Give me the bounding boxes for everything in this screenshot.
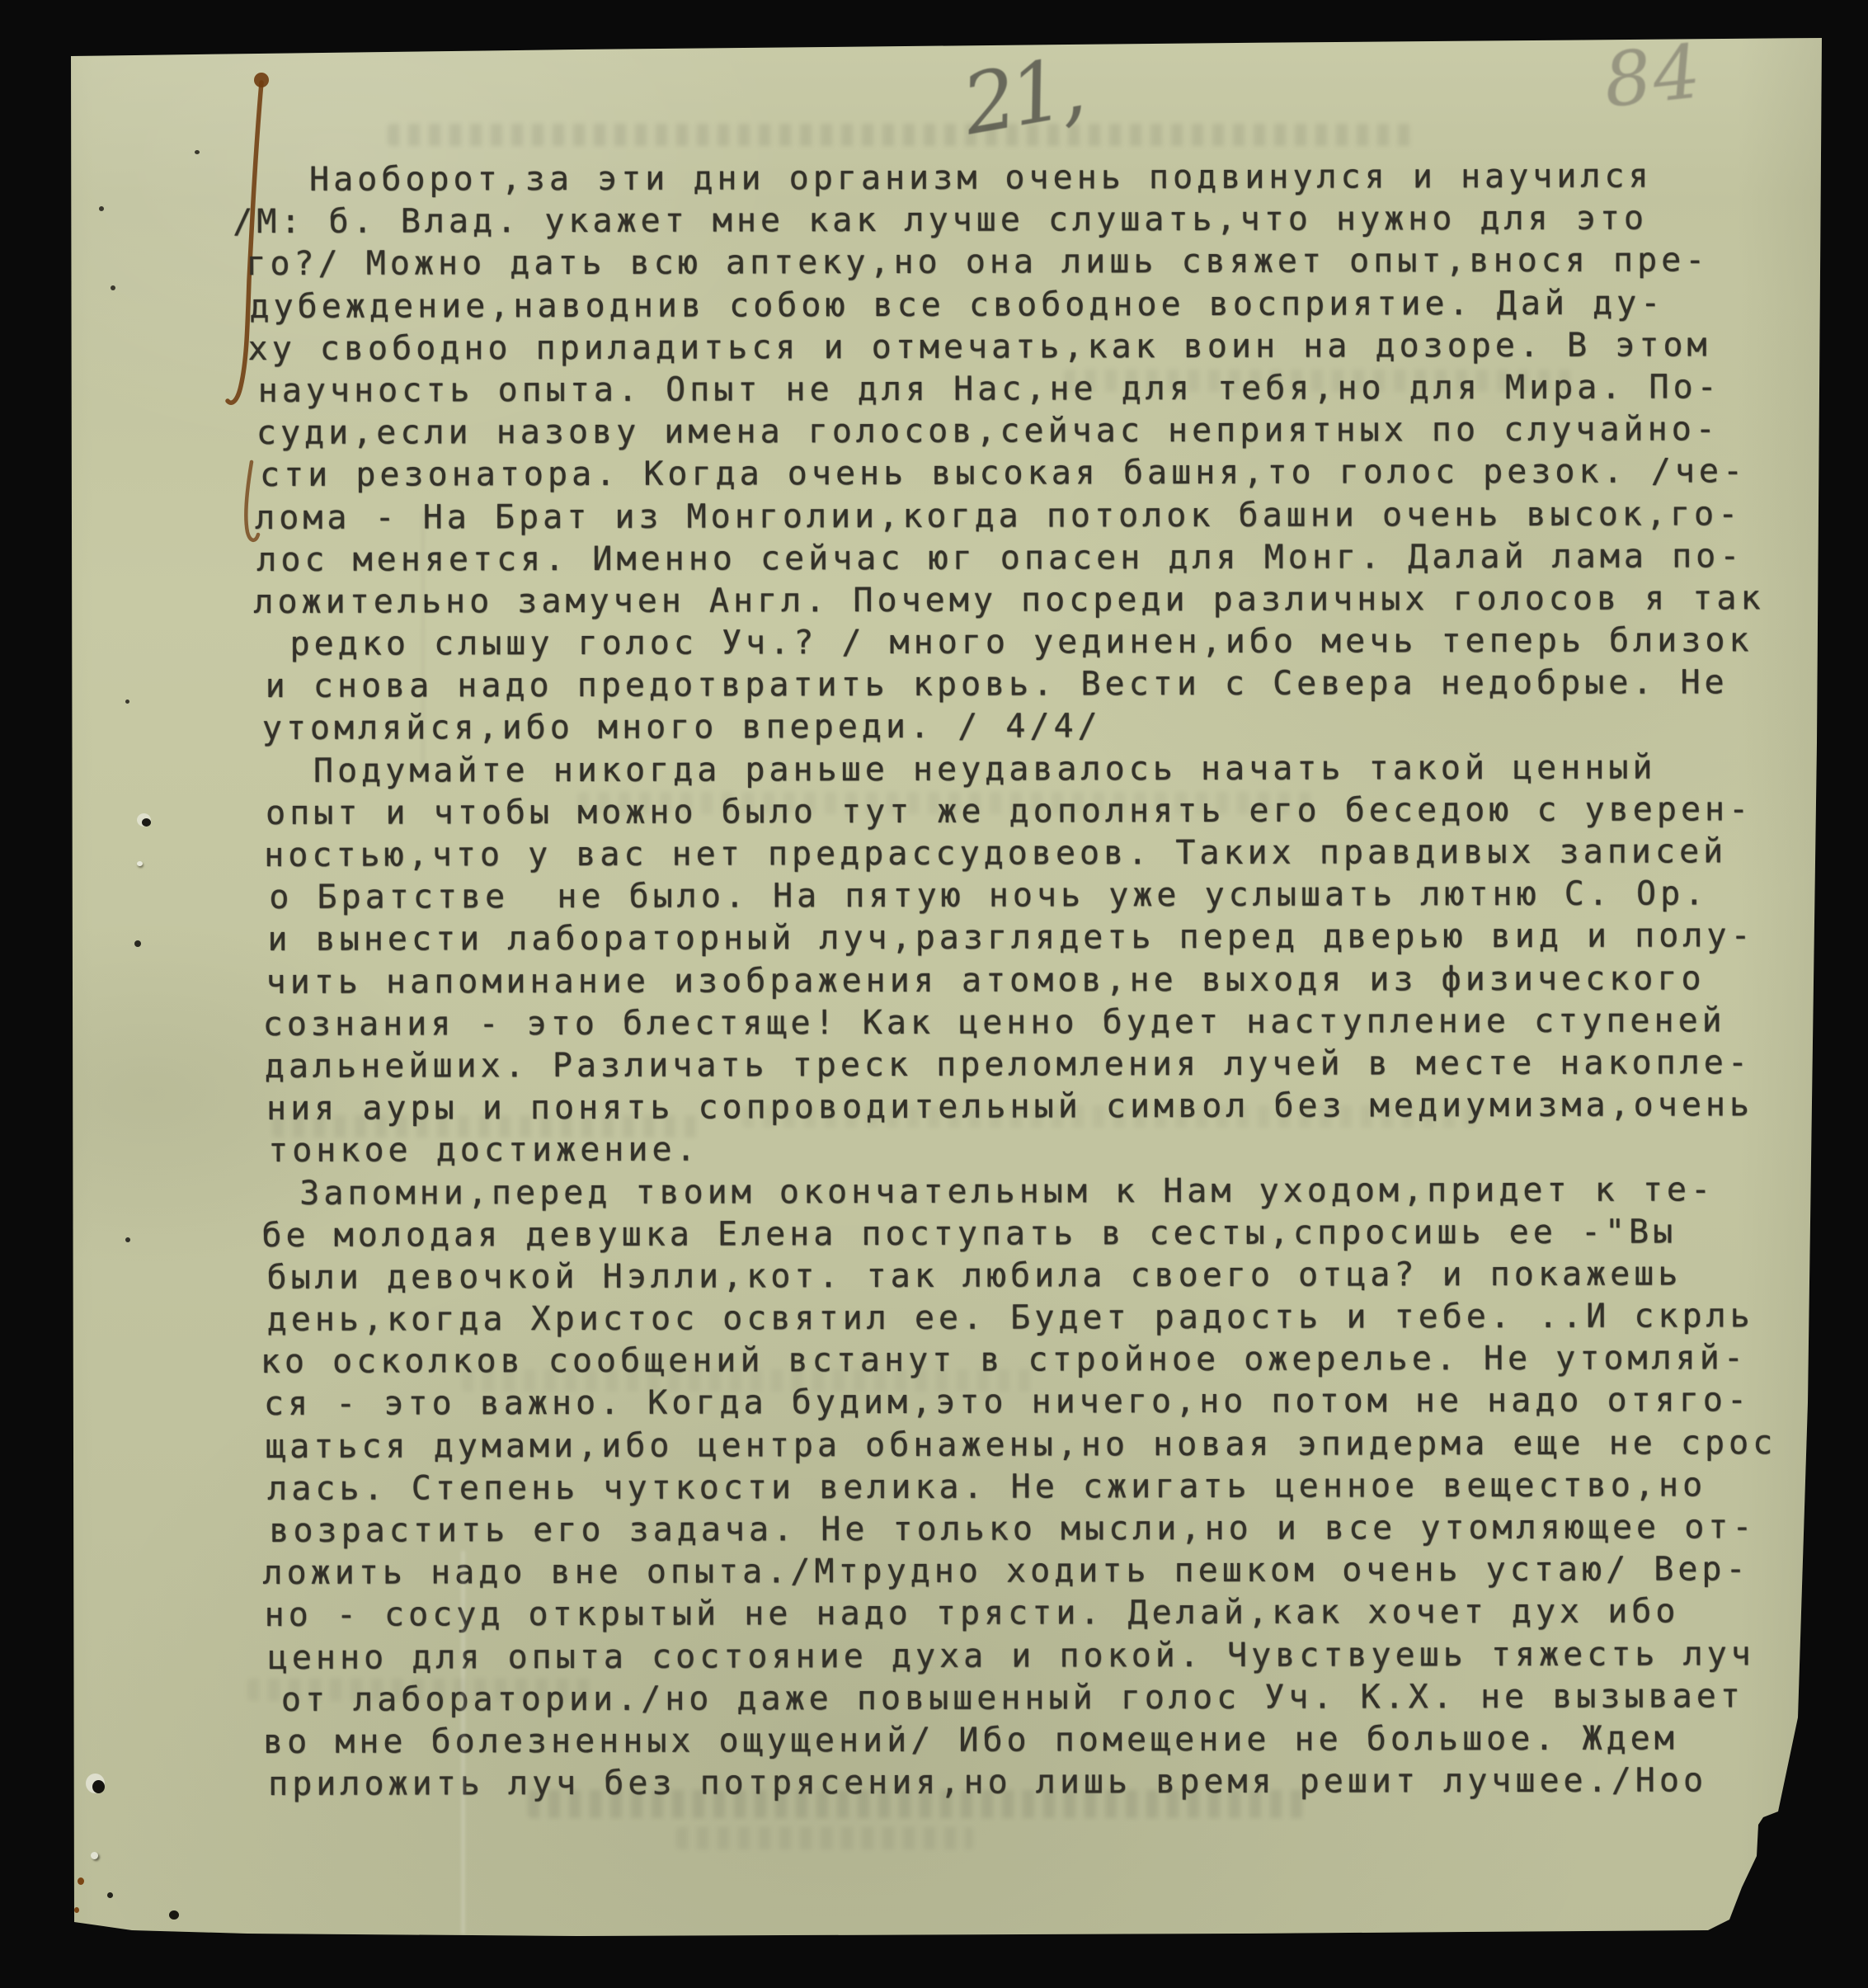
text-line: утомляйся,ибо много впереди. / 4/4/ xyxy=(262,704,1866,750)
text-line: от лаборатории./но даже повышенный голос… xyxy=(281,1675,1868,1722)
paper-speck xyxy=(142,818,151,827)
text-line: редко слышу голос Уч.? / много уединен,и… xyxy=(289,619,1865,666)
text-line: суди,если назову имена голосов,сейчас не… xyxy=(256,408,1865,455)
paper-speck xyxy=(91,1852,98,1859)
scan-frame: 21, 84 Наоборот,за эти дни организм очен… xyxy=(0,0,1868,1988)
text-line: /М: б. Влад. укажет мне как лучше слушат… xyxy=(233,197,1864,243)
text-line: дубеждение,наводнив собою все свободное … xyxy=(249,281,1864,327)
paper-speck xyxy=(137,861,143,866)
paper-speck xyxy=(125,1237,130,1242)
paper-speck xyxy=(111,285,115,290)
text-line: бе молодая девушка Елена поступать в сес… xyxy=(261,1211,1866,1257)
text-line: возрастить его задача. Не только мысли,н… xyxy=(269,1506,1867,1552)
text-line: научность опыта. Опыт не для Нас,не для … xyxy=(258,366,1865,412)
text-line: во мне болезненных ощущений/ Ибо помещен… xyxy=(263,1717,1868,1764)
text-line: ложить надо вне опыта./Мтрудно ходить пе… xyxy=(262,1548,1867,1595)
paper-speck xyxy=(134,940,141,947)
text-line: чить напоминание изображения атомов,не в… xyxy=(266,957,1866,1003)
text-line: Запомни,перед твоим окончательным к Нам … xyxy=(299,1168,1866,1214)
text-line: ко осколков сообщений встанут в стройное… xyxy=(261,1337,1867,1383)
text-line: день,когда Христос освятил ее. Будет рад… xyxy=(267,1295,1867,1341)
text-line: сти резонатора. Когда очень высокая башн… xyxy=(260,450,1865,497)
text-line: ся - это важно. Когда будим,это ничего,н… xyxy=(264,1379,1867,1425)
paper-speck xyxy=(169,1910,179,1920)
bleedthrough-smudge xyxy=(388,124,1419,146)
text-line: лос меняется. Именно сейчас юг опасен дл… xyxy=(256,535,1865,582)
text-line: дальнейших. Различать треск преломления … xyxy=(265,1042,1866,1088)
text-line: Подумайте никогда раньше неудавалось нач… xyxy=(313,747,1866,793)
paper-speck xyxy=(92,1780,105,1793)
text-line: о Братстве не было. На пятую ночь уже ус… xyxy=(269,873,1866,919)
text-line: ния ауры и понять сопроводительный симво… xyxy=(266,1084,1866,1130)
text-line: тонкое достижение. xyxy=(268,1126,1866,1172)
paper-speck xyxy=(99,206,104,211)
text-line: и снова надо предотвратить кровь. Вести … xyxy=(266,662,1866,708)
handwritten-page-number: 21, xyxy=(956,39,1087,154)
text-line: Наоборот,за эти дни организм очень подви… xyxy=(309,155,1864,201)
text-line: ложительно замучен Англ. Почему посреди … xyxy=(253,577,1865,624)
text-line: опыт и чтобы можно было тут же дополнять… xyxy=(266,789,1866,835)
text-line: сознания - это блестяще! Как ценно будет… xyxy=(263,1000,1866,1046)
paper-speck xyxy=(195,150,200,154)
text-line: были девочкой Нэлли,кот. так любила свое… xyxy=(266,1253,1866,1299)
text-line: щаться думами,ибо центра обнажены,но нов… xyxy=(266,1422,1867,1468)
text-line: ностью,что у вас нет предрассудовеов. Та… xyxy=(264,831,1866,877)
text-line: приложить луч без потрясения,но лишь вре… xyxy=(268,1760,1868,1806)
typewritten-text: Наоборот,за эти дни организм очень подви… xyxy=(264,155,1868,1806)
paper-speck xyxy=(107,1892,113,1898)
text-line: ху свободно приладиться и отмечать,как в… xyxy=(248,324,1865,370)
text-line: лась. Степень чуткости велика. Не сжигат… xyxy=(267,1464,1867,1510)
text-line: ценно для опыта состояние духа и покой. … xyxy=(268,1632,1868,1679)
handwritten-corner-number: 84 xyxy=(1600,28,1706,125)
text-line: и вынести лабораторный луч,разглядеть пе… xyxy=(267,915,1866,961)
text-line: лома - На Брат из Монголии,когда потолок… xyxy=(255,492,1865,539)
paper-speck xyxy=(78,1877,84,1885)
paper-speck xyxy=(74,1907,79,1913)
text-line: го?/ Можно дать всю аптеку,но она лишь с… xyxy=(246,239,1864,285)
bleedthrough-smudge xyxy=(676,1827,973,1849)
text-line: но - сосуд открытый не надо трясти. Дела… xyxy=(265,1590,1868,1637)
document-page: 21, 84 Наоборот,за эти дни организм очен… xyxy=(0,0,1868,1988)
paper-speck xyxy=(125,700,129,704)
